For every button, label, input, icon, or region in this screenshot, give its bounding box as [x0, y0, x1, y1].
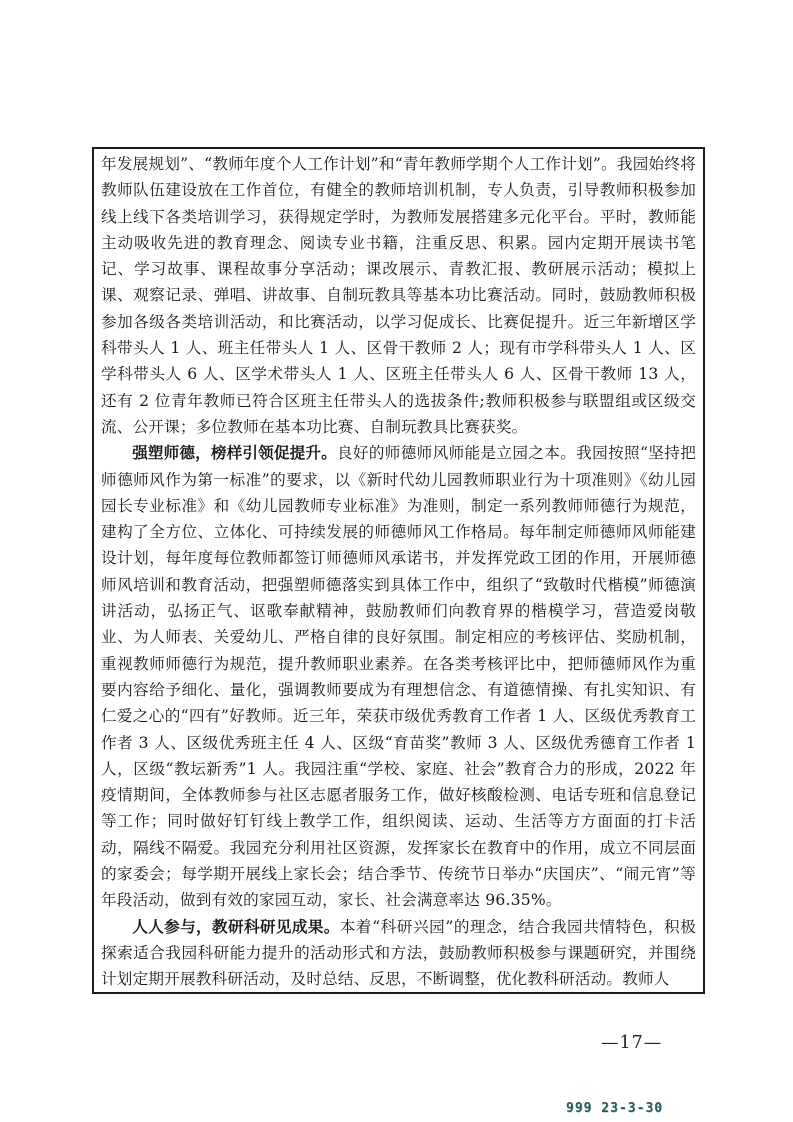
- paragraph-text: 良好的师德师风师能是立园之本。我园按照“坚持把师德师风作为第一标准”的要求，以《…: [101, 444, 696, 909]
- page-number: —17—: [601, 1033, 662, 1053]
- paragraph-continued: 年发展规划”、“教师年度个人工作计划”和“青年教师学期个人工作计划”。我园始终将…: [101, 151, 696, 440]
- paragraph-research: 人人参与，教研科研见成果。本着“科研兴园”的理念，结合我园共情特色，积极探索适合…: [101, 914, 696, 993]
- paragraph-text: 年发展规划”、“教师年度个人工作计划”和“青年教师学期个人工作计划”。我园始终将…: [101, 155, 696, 436]
- document-text-box: 年发展规划”、“教师年度个人工作计划”和“青年教师学期个人工作计划”。我园始终将…: [92, 147, 705, 994]
- document-page: 年发展规划”、“教师年度个人工作计划”和“青年教师学期个人工作计划”。我园始终将…: [0, 0, 793, 1122]
- paragraph-teacher-ethics: 强塑师德，榜样引领促提升。良好的师德师风师能是立园之本。我园按照“坚持把师德师风…: [101, 440, 696, 913]
- camera-timestamp: 999 23-3-30: [566, 1101, 663, 1116]
- paragraph-lead: 强塑师德，榜样引领促提升。: [132, 444, 337, 462]
- paragraph-lead: 人人参与，教研科研见成果。: [132, 918, 340, 936]
